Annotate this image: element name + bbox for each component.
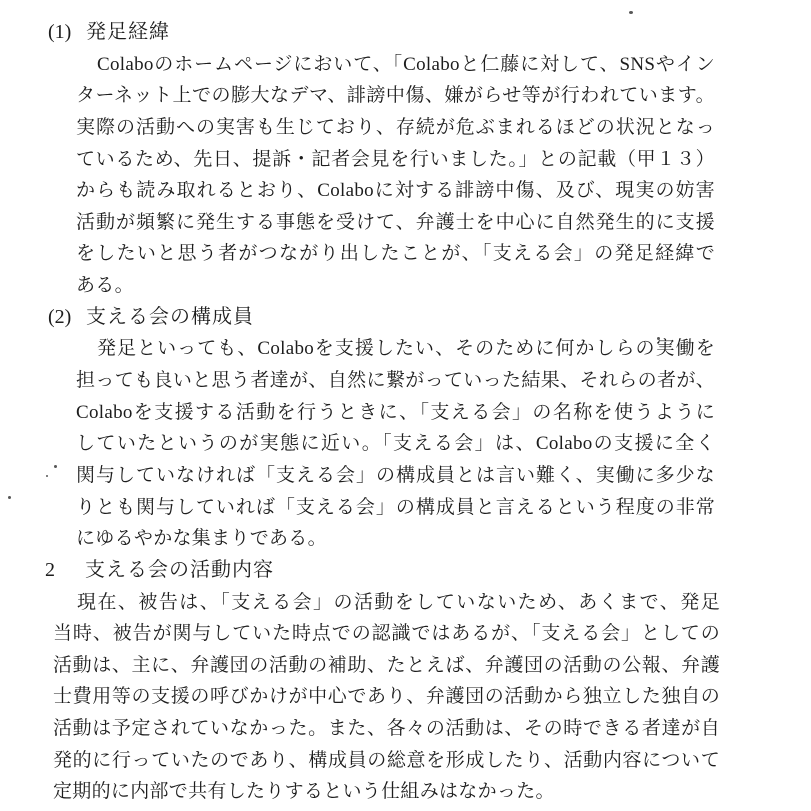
- section-title: 支える会の活動内容: [85, 559, 274, 581]
- section-heading: (1)発足経緯: [48, 17, 811, 49]
- section-number: (2): [48, 302, 86, 334]
- scan-artifact: [629, 11, 633, 14]
- paragraph-line: 定期的に内部で共有したりするという仕組みはなかった。: [53, 776, 720, 808]
- section-heading: 2支える会の活動内容: [45, 555, 811, 587]
- paragraph-line: 実際の活動への実害も生じており、存続が危ぶまれるほどの状況となっ: [76, 112, 715, 144]
- paragraph-line: していたというのが実態に近い。「支える会」は、Colaboの支援に全く: [76, 428, 715, 460]
- paragraph-line: ているため、先日、提訴・記者会見を行いました。」との記載（甲１３）: [76, 144, 715, 176]
- scan-artifact: [54, 465, 57, 468]
- paragraph-line: からも読み取れるとおり、Colaboに対する誹謗中傷、及び、現実の妨害: [76, 175, 715, 207]
- paragraph-line: 発的に行っていたのであり、構成員の総意を形成したり、活動内容について: [53, 745, 720, 777]
- document-body: (1)発足経緯Colaboのホームページにおいて、「Colaboと仁藤に対して、…: [0, 17, 811, 808]
- scan-artifact: [657, 337, 660, 340]
- paragraph-line: 関与していなければ「支える会」の構成員とは言い難く、実働に多少な: [76, 460, 715, 492]
- section-title: 支える会の構成員: [86, 306, 254, 328]
- paragraph-line: にゆるやかな集まりである。: [76, 523, 715, 555]
- paragraph-line: ある。: [76, 270, 715, 302]
- scan-artifact: [46, 475, 48, 477]
- paragraph-line: Colaboのホームページにおいて、「Colaboと仁藤に対して、SNSやイン: [76, 49, 715, 81]
- section-number: 2: [45, 555, 85, 587]
- paragraph-line: 士費用等の支援の呼びかけが中心であり、弁護団の活動から独立した独自の: [53, 681, 720, 713]
- paragraph-line: ターネット上での膨大なデマ、誹謗中傷、嫌がらせ等が行われています。: [76, 80, 715, 112]
- paragraph-line: Colaboを支援する活動を行うときに、「支える会」の名称を使うように: [76, 397, 715, 429]
- section-title: 発足経緯: [86, 21, 170, 43]
- paragraph-line: 活動は予定されていなかった。また、各々の活動は、その時できる者達が自: [53, 713, 720, 745]
- scanned-document-page: (1)発足経緯Colaboのホームページにおいて、「Colaboと仁藤に対して、…: [0, 0, 811, 811]
- paragraph-line: りとも関与していれば「支える会」の構成員と言えるという程度の非常: [76, 492, 715, 524]
- paragraph-line: 発足といっても、Colaboを支援したい、そのために何かしらの実働を: [76, 333, 715, 365]
- paragraph-line: 当時、被告が関与していた時点での認識ではあるが、「支える会」としての: [53, 618, 720, 650]
- paragraph-line: 活動が頻繁に発生する事態を受けて、弁護士を中心に自然発生的に支援: [76, 207, 715, 239]
- scan-artifact: [8, 496, 11, 499]
- paragraph-line: 現在、被告は、「支える会」の活動をしていないため、あくまで、発足: [53, 587, 720, 619]
- paragraph-line: 活動は、主に、弁護団の活動の補助、たとえば、弁護団の活動の公報、弁護: [53, 650, 720, 682]
- paragraph-line: をしたいと思う者がつながり出したことが、「支える会」の発足経緯で: [76, 238, 715, 270]
- section-heading: (2)支える会の構成員: [48, 302, 811, 334]
- section-number: (1): [48, 17, 86, 49]
- paragraph-line: 担っても良いと思う者達が、自然に繋がっていった結果、それらの者が、: [76, 365, 715, 397]
